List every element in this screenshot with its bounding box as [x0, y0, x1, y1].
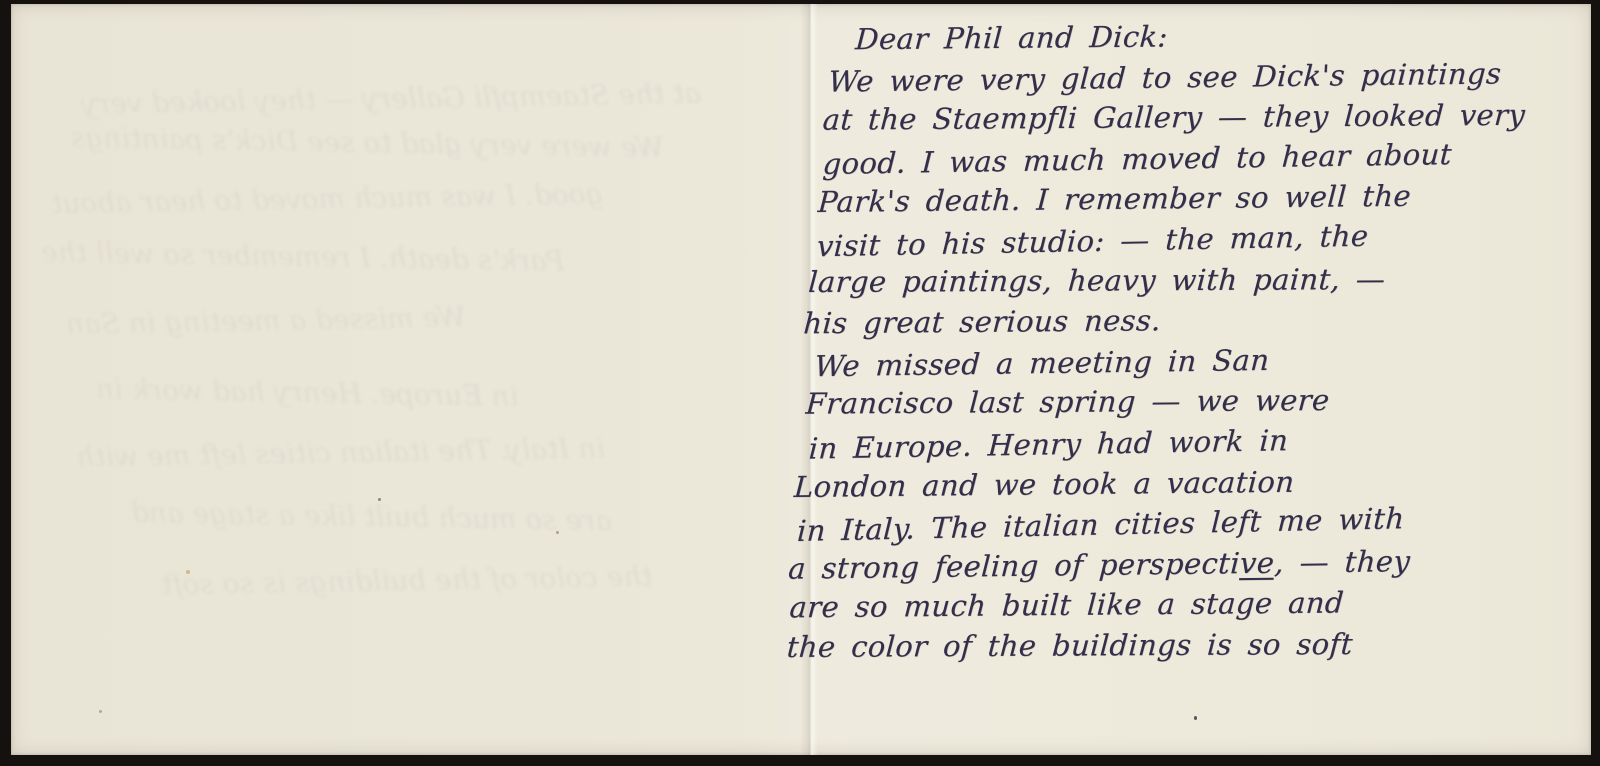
letter-paper: at the Staempfli Gallery — they looked v…: [11, 4, 1591, 755]
paper-speck: [186, 570, 190, 574]
ink-showthrough-line: We missed a meeting in San: [66, 301, 466, 341]
ink-showthrough-line: Park's death. I remember so well the: [41, 235, 565, 277]
paper-speck: [556, 531, 559, 534]
ink-showthrough-line: the color of the buildings is so soft: [161, 560, 653, 602]
ink-showthrough-line: at the Staempfli Gallery — they looked v…: [81, 77, 702, 121]
letter-line: are so much built like a stage and: [788, 581, 1553, 628]
ink-showthrough-line: are so much built like a stage and: [131, 496, 613, 537]
ink-showthrough-line: We were very glad to see Dick's painting…: [71, 121, 664, 164]
underlined-word: ve: [1239, 545, 1275, 579]
paper-speck: [378, 498, 381, 501]
letter-body: Dear Phil and Dick: We were very glad to…: [788, 16, 1593, 666]
letter-line-segment: , — they: [1273, 544, 1411, 580]
paper-speck: [99, 710, 102, 713]
letter-scan: at the Staempfli Gallery — they looked v…: [0, 0, 1600, 766]
ink-showthrough-line: in Italy. The italian cities left me wit…: [76, 431, 606, 473]
letter-line: the color of the buildings is so soft: [786, 623, 1551, 668]
letter-line: large paintings, heavy with paint, —: [807, 258, 1576, 303]
ink-showthrough-line: in Europe. Henry had work in: [96, 372, 519, 412]
paper-speck: [1194, 716, 1197, 720]
ink-showthrough-line: good. I was much moved to hear about: [51, 177, 604, 220]
letter-line-segment: a strong feeling of perspecti: [787, 546, 1241, 586]
